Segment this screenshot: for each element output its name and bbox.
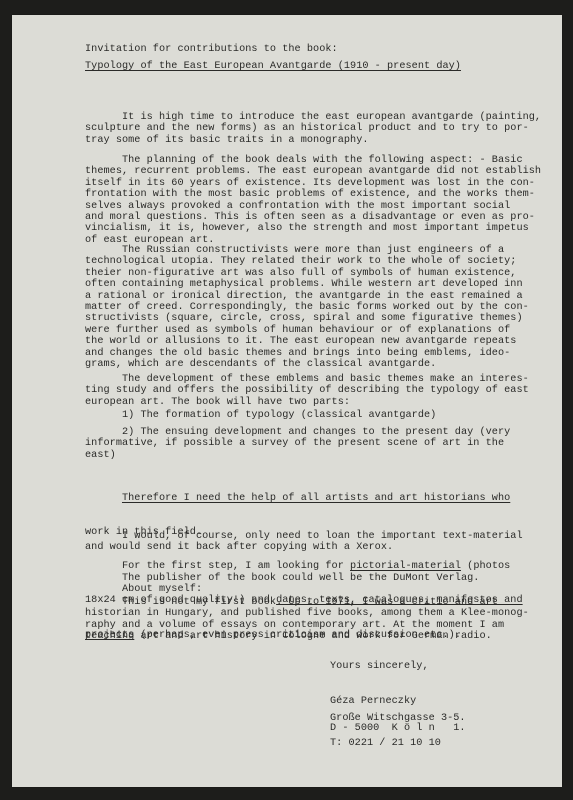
text-line: structivists (square, circle, cross, spi… bbox=[85, 313, 529, 324]
text-line: The Russian constructivists were more th… bbox=[85, 245, 529, 256]
projects-emphasis: projects bbox=[85, 630, 134, 641]
paragraph-part-1: 1) The formation of typology (classical … bbox=[85, 410, 436, 421]
text-line: grams, which are descendants of the clas… bbox=[85, 359, 529, 370]
paragraph-intro: It is high time to introduce the east eu… bbox=[85, 112, 541, 146]
text-line: itself in its 60 years of existence. Its… bbox=[85, 178, 541, 189]
scan-backdrop: Invitation for contributions to the book… bbox=[0, 0, 573, 800]
book-title: Typology of the East European Avantgarde… bbox=[85, 61, 461, 72]
text-line: matter of creed. Correspondingly, the ba… bbox=[85, 302, 529, 313]
paragraph-constructivists: The Russian constructivists were more th… bbox=[85, 245, 529, 370]
materials-emphasis: dates, texts, catalogues, manifestos and bbox=[276, 595, 523, 606]
text-line: east) bbox=[85, 450, 510, 461]
address-city: D - 5000 K ö l n 1. bbox=[330, 723, 466, 734]
text-line: ting study and offers the possibility of… bbox=[85, 385, 529, 396]
text-line: The development of these emblems and bas… bbox=[85, 374, 529, 385]
text-line: frontation with the most basic problems … bbox=[85, 189, 541, 200]
text-line: were further used as symbols of human be… bbox=[85, 325, 529, 336]
text-line: It is high time to introduce the east eu… bbox=[85, 112, 541, 123]
text-line: vincialism, it is, however, also the str… bbox=[85, 223, 541, 234]
help-request-emphasis: Therefore I need the help of all artists… bbox=[122, 493, 510, 504]
text-line: 2) The ensuing development and changes t… bbox=[85, 427, 510, 438]
text-line: The planning of the book deals with the … bbox=[85, 155, 541, 166]
text-line: informative, if possible a survey of the… bbox=[85, 438, 510, 449]
text-line: themes, recurrent problems. The east eur… bbox=[85, 166, 541, 177]
paragraph-part-2: 2) The ensuing development and changes t… bbox=[85, 427, 510, 461]
text-line: tray some of its basic traits in a monog… bbox=[85, 135, 541, 146]
help-request: Therefore I need the help of all artists… bbox=[85, 470, 523, 664]
paragraph-planning: The planning of the book deals with the … bbox=[85, 155, 541, 246]
signature-name: Géza Perneczky bbox=[330, 696, 416, 707]
help-request-line: work in this field. bbox=[85, 527, 523, 538]
text-line: sculpture and the new forms) as an histo… bbox=[85, 123, 541, 134]
closing: Yours sincerely, bbox=[330, 661, 429, 672]
text-line: selves always provoked a confrontation w… bbox=[85, 201, 541, 212]
text-line: and moral questions. This is often seen … bbox=[85, 212, 541, 223]
pictorial-material-emphasis: pictorial-material bbox=[350, 561, 461, 572]
text-line: 1) The formation of typology (classical … bbox=[85, 410, 436, 421]
text-line: often containing metaphysical problems. … bbox=[85, 279, 529, 290]
phone-number: T: 0221 / 21 10 10 bbox=[330, 738, 441, 749]
text-line: technological utopia. They related their… bbox=[85, 256, 529, 267]
text-line: a rational or ironical direction, the av… bbox=[85, 291, 529, 302]
text-line: and changes the old basic themes and bri… bbox=[85, 348, 529, 359]
text-line: theier non-figurative art was also full … bbox=[85, 268, 529, 279]
heading-intro: Invitation for contributions to the book… bbox=[85, 44, 338, 55]
text-line: european art. The book will have two par… bbox=[85, 397, 529, 408]
paragraph-development: The development of these emblems and bas… bbox=[85, 374, 529, 408]
text-line: the world or allusions to it. The east e… bbox=[85, 336, 529, 347]
